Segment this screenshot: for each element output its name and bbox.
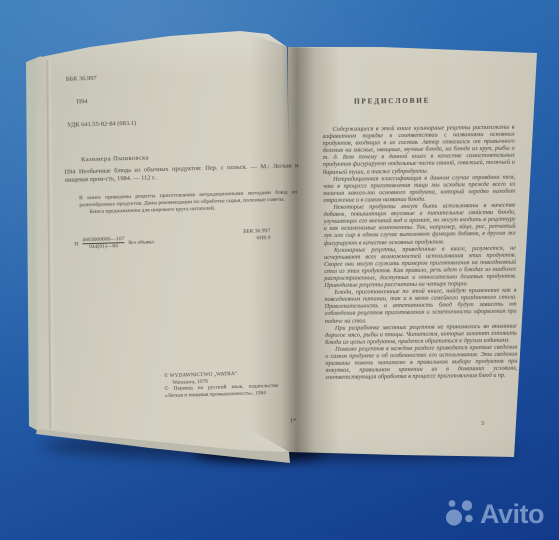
preface-paragraph: Некоторые продукты могут быть использова… bbox=[323, 202, 516, 247]
preface-body: Содержащиеся в этой книге кулинарные рец… bbox=[322, 124, 517, 382]
preface-paragraph: Блюда, приготовленные по этой книге, най… bbox=[324, 287, 516, 325]
preface-paragraph: Помимо рецептов в каждом разделе приводя… bbox=[325, 344, 517, 382]
avito-wordmark: Avito bbox=[480, 501, 544, 528]
book-photo-scene: ББК 36.997 П94 УДК 641.55-82-84 (083.1) … bbox=[0, 0, 559, 540]
page-number: 3 bbox=[481, 420, 484, 427]
bbk-block: ББК 36.997 П94 УДК 641.55-82-84 (083.1) bbox=[65, 58, 136, 146]
bbk-line: П94 bbox=[66, 97, 135, 107]
bbk-line: ББК 36.997 bbox=[66, 73, 135, 83]
gutter-shadow bbox=[250, 31, 340, 455]
formula-fraction: 4603000000—167 044(01)—84 bbox=[82, 236, 124, 251]
formula-prefix: П bbox=[74, 241, 78, 247]
udk-line: УДК 641.55-82-84 (083.1) bbox=[67, 120, 136, 130]
preface-paragraph: Нетрадиционная классификация в данном сл… bbox=[323, 173, 515, 204]
avito-watermark: Avito bbox=[444, 496, 544, 532]
preface-paragraph: При разработке местных рецептов не прини… bbox=[325, 322, 517, 346]
formula-denominator: 044(01)—84 bbox=[82, 243, 124, 252]
right-page-content: ПРЕДИСЛОВИЕ Содержащиеся в этой книге ку… bbox=[322, 86, 518, 382]
formula-suffix: без объявл. bbox=[128, 239, 155, 246]
citation-index: П94 bbox=[64, 168, 75, 175]
avito-circles-icon bbox=[444, 496, 475, 532]
copyright-formula: П 4603000000—167 044(01)—84 без объявл. bbox=[74, 235, 155, 251]
preface-paragraph: Кулинарные рецепты, приведенные в книге,… bbox=[324, 244, 517, 289]
preface-paragraph: Содержащиеся в этой книге кулинарные рец… bbox=[322, 124, 515, 176]
